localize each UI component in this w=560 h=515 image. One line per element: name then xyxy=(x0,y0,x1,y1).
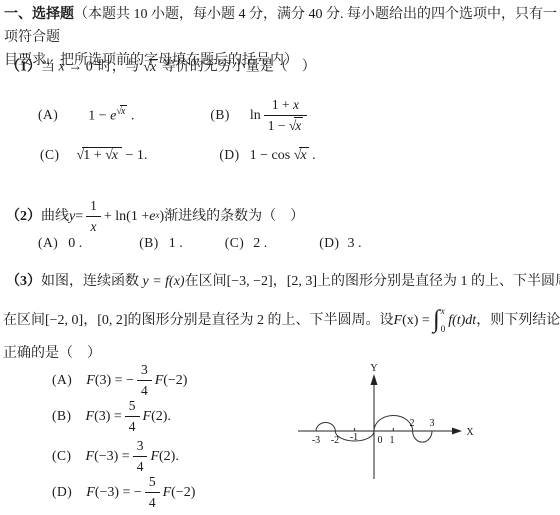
q2-option-a-value: 0 . xyxy=(68,236,82,251)
q2-text-post: 渐进线的条数为（ ） xyxy=(164,206,304,227)
tick-label-1: 1 xyxy=(390,435,395,446)
section-desc-line1: （本题共 10 小题，每小题 4 分，满分 40 分. 每小题给出的四个选项中，… xyxy=(4,7,557,45)
q3-option-a-formula: F(3) = −34F(−2) xyxy=(86,362,187,398)
q1-text-mid: 时，与 xyxy=(98,60,144,75)
q3-option-b-formula: F(3) = 54F(2). xyxy=(86,398,171,434)
q2-option-d-label: (D) xyxy=(319,235,339,250)
tick-label-minus3: -3 xyxy=(312,435,320,446)
q3-option-a-label: (A) xyxy=(52,370,72,390)
q1c-tail: − 1. xyxy=(122,148,147,163)
q1-limit: → 0 xyxy=(65,60,93,75)
var-F: F xyxy=(150,446,159,467)
q1b-ln: ln xyxy=(250,105,261,126)
question-1-stem: （1）当 x → 0+时，与 √x 等价的无穷小量是（ ） xyxy=(6,56,316,78)
q1-option-c-label: (C) xyxy=(40,145,60,165)
q1-option-c-formula: √1 + √x − 1. xyxy=(77,145,148,166)
q2-options-row: (A)0 .(B)1 .(C)2 .(D)3 . xyxy=(38,233,362,254)
q1-option-b-label: (B) xyxy=(210,105,230,125)
function-graph: Y X -3 -2 -1 0 1 2 3 xyxy=(286,357,560,485)
q3-fx-rest: (x) = xyxy=(402,310,430,331)
var-F: F xyxy=(155,370,164,391)
q1-text-post: 等价的无穷小量是（ ） xyxy=(158,60,316,75)
tick-label-0: 0 xyxy=(378,435,383,446)
q1-options-row-2: (C) √1 + √x − 1. (D) 1 − cos √x . xyxy=(40,142,316,168)
q2-option-b-label: (B) xyxy=(139,235,159,250)
q3-option-b-label: (B) xyxy=(52,406,72,426)
tick-label-minus1: -1 xyxy=(350,432,358,443)
q1-radicand: x xyxy=(150,60,156,75)
question-3-line1: （3）如图，连续函数 y = f(x)在区间[−3, −2]，[2, 3]上的图… xyxy=(6,271,560,292)
q3c-denominator: 4 xyxy=(133,457,148,475)
q3b-numerator: 5 xyxy=(125,398,140,417)
q1-option-a-label: (A) xyxy=(38,105,58,125)
q3b-rhs: (2). xyxy=(151,406,171,427)
exam-page: { "page": {"background": "#ffffff", "tex… xyxy=(0,0,560,515)
q1b-denominator: 1 − √x xyxy=(264,116,308,134)
q3c-rhs: (2). xyxy=(159,446,179,467)
var-F: F xyxy=(86,446,95,467)
q1-option-d-formula: 1 − cos √x . xyxy=(250,145,316,166)
q2-option-d-value: 3 . xyxy=(348,236,362,251)
q1-option-b-formula: ln1 + x1 − √x xyxy=(250,97,310,133)
q2-option-a-label: (A) xyxy=(38,235,58,250)
q3-option-d-label: (D) xyxy=(52,482,72,502)
question-3-number: （3） xyxy=(6,274,41,289)
q3d-denominator: 4 xyxy=(145,493,160,511)
q2-option-c-label: (C) xyxy=(225,235,245,250)
q1a-radicand: x xyxy=(121,106,125,117)
q3a-fraction: 34 xyxy=(137,362,152,398)
q1b-den-radicand: x xyxy=(295,118,301,133)
question-2-stem: （2）曲线 y = 1x + ln(1 + ex) 渐进线的条数为（ ） xyxy=(6,196,304,236)
q1d-sqrt: √x xyxy=(294,148,309,163)
q3-option-b: (B) F(3) = 54F(2). xyxy=(52,398,171,434)
var-F: F xyxy=(86,482,95,503)
q1-options-row-1: (A) 1 − e√x . (B) ln1 + x1 − √x xyxy=(38,92,310,138)
q2-denominator: x xyxy=(86,217,101,235)
q3c-lhs: (−3) = xyxy=(94,446,130,467)
q3c-fraction: 34 xyxy=(133,438,148,474)
q2-plus-ln: + ln(1 + xyxy=(104,206,149,227)
var-F: F xyxy=(163,482,172,503)
q3-var-F: F xyxy=(394,310,403,331)
q3d-numerator: 5 xyxy=(145,474,160,493)
q1c-inner-radicand: x xyxy=(112,148,118,163)
var-F: F xyxy=(143,406,152,427)
integral-sign: ∫ xyxy=(433,309,440,330)
x-axis-arrow xyxy=(452,428,462,435)
x-axis-label: X xyxy=(466,427,474,438)
q3-option-d-formula: F(−3) = −54F(−2) xyxy=(86,474,195,510)
q1d-period: . xyxy=(309,148,316,163)
q2-option-b-value: 1 . xyxy=(169,236,183,251)
q1a-pre: 1 − xyxy=(88,108,110,123)
var-F: F xyxy=(86,370,95,391)
q3-text-line1-post: 在区间[−3, −2]，[2, 3]上的图形分别是直径为 1 的上、下半圆周， xyxy=(185,274,560,289)
q1-option-a-formula: 1 − e√x . xyxy=(88,104,134,127)
q3-option-c-label: (C) xyxy=(52,446,72,466)
q3-math-yfx: y = f(x) xyxy=(143,274,185,289)
question-2-number: （2） xyxy=(6,206,41,227)
integral-limits: x0 xyxy=(441,307,446,334)
q3d-lhs: (−3) = − xyxy=(95,482,142,503)
q3-text-pre: 如图，连续函数 xyxy=(41,274,143,289)
tick-label-2: 2 xyxy=(410,418,415,429)
question-3-line2: 在区间[−2, 0]，[0, 2]的图形分别是直径为 2 的上、下半圆周。设 F… xyxy=(3,303,560,337)
q3b-lhs: (3) = xyxy=(94,406,122,427)
integral-upper-limit: x xyxy=(441,307,446,316)
q1a-period: . xyxy=(127,108,134,123)
tick-label-3: 3 xyxy=(430,418,435,429)
q3-option-d: (D) F(−3) = −54F(−2) xyxy=(52,474,195,510)
q3-option-c: (C) F(−3) = 34F(2). xyxy=(52,438,179,474)
q3a-denominator: 4 xyxy=(137,381,152,399)
q2-equals: = xyxy=(75,206,83,227)
q1d-pre: 1 − cos xyxy=(250,148,294,163)
q2-numerator: 1 xyxy=(86,198,101,217)
q1d-radicand: x xyxy=(300,148,306,163)
q1-sqrt-x: √x xyxy=(143,60,158,75)
q3-text-line3: 正确的是（ ） xyxy=(3,346,101,361)
section-title: 一、选择题 xyxy=(4,7,74,22)
q3c-numerator: 3 xyxy=(133,438,148,457)
q3a-numerator: 3 xyxy=(137,362,152,381)
q2-fraction: 1x xyxy=(86,198,101,234)
q2-option-c-value: 2 . xyxy=(253,236,267,251)
q1a-sup-sqrt: √x xyxy=(116,106,127,117)
question-1-number: （1） xyxy=(6,60,41,75)
q3-integral: ∫x0 xyxy=(433,307,445,334)
q3d-fraction: 54 xyxy=(145,474,160,510)
q3-integrand: f(t)dt xyxy=(448,310,476,331)
q1c-rad-pre: 1 + xyxy=(83,148,105,163)
q1-text-pre: 当 xyxy=(41,60,59,75)
q1b-fraction: 1 + x1 − √x xyxy=(264,97,308,133)
q1b-num-pre: 1 + xyxy=(272,97,293,112)
q3-text-line2-pre: 在区间[−2, 0]，[0, 2]的图形分别是直径为 2 的上、下半圆周。设 xyxy=(3,310,394,331)
q3d-rhs: (−2) xyxy=(171,482,195,503)
q3a-rhs: (−2) xyxy=(163,370,187,391)
y-axis-arrow xyxy=(371,374,378,385)
q3b-denominator: 4 xyxy=(125,417,140,435)
question-3-line3: 正确的是（ ） xyxy=(3,343,101,364)
q3-option-c-formula: F(−3) = 34F(2). xyxy=(86,438,179,474)
q1b-numerator: 1 + x xyxy=(264,97,308,116)
var-F: F xyxy=(86,406,95,427)
integral-lower-limit: 0 xyxy=(441,325,446,334)
q1b-den-pre: 1 − xyxy=(268,118,289,133)
q2-text-pre: 曲线 xyxy=(41,206,69,227)
q3-option-a: (A) F(3) = −34F(−2) xyxy=(52,362,187,398)
figure-container: Y X -3 -2 -1 0 1 2 3 xyxy=(286,357,560,492)
q3a-lhs: (3) = − xyxy=(95,370,134,391)
q1-option-d-label: (D) xyxy=(219,145,239,165)
y-axis-label: Y xyxy=(370,363,377,374)
tick-label-minus2: -2 xyxy=(331,435,339,446)
q1b-num-var: x xyxy=(293,97,299,112)
q3b-fraction: 54 xyxy=(125,398,140,434)
q1b-den-sqrt: √x xyxy=(289,118,303,133)
q1c-outer-radicand: 1 + √x xyxy=(82,147,122,163)
q3-text-line2-post: ，则下列结论 xyxy=(476,310,560,331)
